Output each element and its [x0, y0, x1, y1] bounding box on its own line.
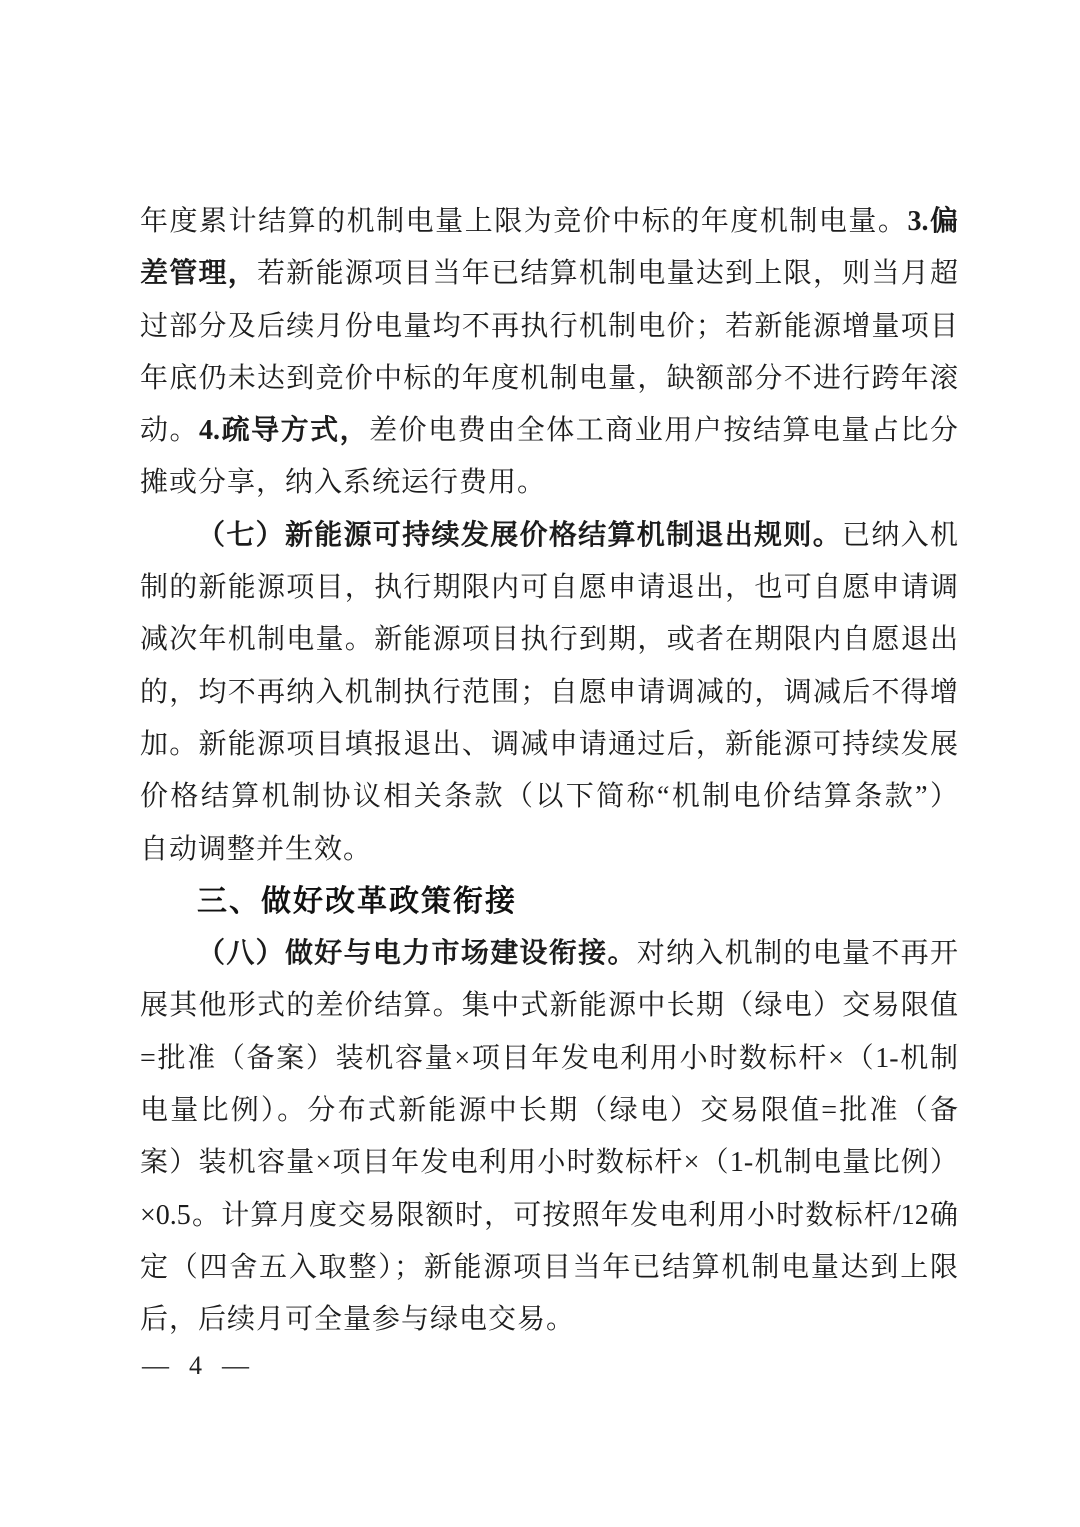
text-line: 展其他形式的差价结算。集中式新能源中长期（绿电）交易限值 — [140, 980, 958, 1032]
bold-text-run: 三、做好改革政策衔接 — [197, 885, 517, 918]
text-line: 自动调整并生效。 — [140, 824, 958, 876]
text-line: 过部分及后续月份电量均不再执行机制电价；若新能源增量项目 — [140, 301, 958, 353]
text-run: 摊或分享，纳入系统运行费用。 — [140, 467, 546, 498]
text-run: 定（四舍五入取整）；新能源项目当年已结算机制电量达到上限 — [140, 1252, 958, 1283]
text-line: 差管理，若新能源项目当年已结算机制电量达到上限，则当月超 — [140, 248, 958, 300]
text-run: 制的新能源项目，执行期限内可自愿申请退出，也可自愿申请调 — [140, 572, 958, 603]
text-run: =批准（备案）装机容量×项目年发电利用小时数标杆×（1-机制 — [140, 1043, 958, 1074]
text-line: 年底仍未达到竞价中标的年度机制电量，缺额部分不进行跨年滚 — [140, 353, 958, 405]
page-number: 4 — [189, 1350, 202, 1382]
text-line: ×0.5。计算月度交易限额时，可按照年发电利用小时数标杆/12确 — [140, 1190, 958, 1242]
text-run: 展其他形式的差价结算。集中式新能源中长期（绿电）交易限值 — [140, 990, 958, 1021]
document-page: 年度累计结算的机制电量上限为竞价中标的年度机制电量。3.偏差管理，若新能源项目当… — [0, 0, 1080, 1527]
text-line: 电量比例）。分布式新能源中长期（绿电）交易限值=批准（备 — [140, 1085, 958, 1137]
text-line: 摊或分享，纳入系统运行费用。 — [140, 457, 958, 509]
text-run: 电量比例）。分布式新能源中长期（绿电）交易限值=批准（备 — [140, 1095, 958, 1126]
text-line: （八）做好与电力市场建设衔接。对纳入机制的电量不再开 — [140, 928, 958, 980]
bold-text-run: 3.偏 — [907, 206, 958, 237]
text-run: ×0.5。计算月度交易限额时，可按照年发电利用小时数标杆/12确 — [140, 1200, 958, 1231]
text-run: 加。新能源项目填报退出、调减申请通过后，新能源可持续发展 — [140, 729, 958, 760]
text-run: 差价电费由全体工商业用户按结算电量占比分 — [369, 415, 958, 446]
text-run: 自动调整并生效。 — [140, 834, 372, 865]
bold-text-run: 差管理， — [140, 258, 257, 289]
section-heading: 三、做好改革政策衔接 — [140, 876, 958, 928]
text-line: 年度累计结算的机制电量上限为竞价中标的年度机制电量。3.偏 — [140, 196, 958, 248]
text-line: =批准（备案）装机容量×项目年发电利用小时数标杆×（1-机制 — [140, 1033, 958, 1085]
text-run: 若新能源项目当年已结算机制电量达到上限，则当月超 — [257, 258, 958, 289]
text-line: 制的新能源项目，执行期限内可自愿申请退出，也可自愿申请调 — [140, 562, 958, 614]
text-line: 的，均不再纳入机制执行范围；自愿申请调减的，调减后不得增 — [140, 667, 958, 719]
text-run: 案）装机容量×项目年发电利用小时数标杆×（1-机制电量比例） — [140, 1147, 958, 1178]
footer-dash-right: — — [222, 1350, 249, 1380]
text-run: 价格结算机制协议相关条款（以下简称“机制电价结算条款”） — [140, 781, 958, 812]
text-run: 对纳入机制的电量不再开 — [637, 938, 958, 969]
text-line: （七）新能源可持续发展价格结算机制退出规则。已纳入机 — [140, 510, 958, 562]
text-line: 案）装机容量×项目年发电利用小时数标杆×（1-机制电量比例） — [140, 1137, 958, 1189]
page-footer: —4— — [142, 1349, 249, 1382]
document-body: 年度累计结算的机制电量上限为竞价中标的年度机制电量。3.偏差管理，若新能源项目当… — [140, 196, 958, 1347]
text-run: 的，均不再纳入机制执行范围；自愿申请调减的，调减后不得增 — [140, 677, 958, 708]
text-run: 年底仍未达到竞价中标的年度机制电量，缺额部分不进行跨年滚 — [140, 363, 958, 394]
bold-text-run: （七）新能源可持续发展价格结算机制退出规则。 — [197, 520, 842, 551]
bold-text-run: 4.疏导方式， — [199, 415, 369, 446]
text-run: 后，后续月可全量参与绿电交易。 — [140, 1304, 575, 1335]
footer-dash-left: — — [142, 1350, 169, 1380]
text-line: 后，后续月可全量参与绿电交易。 — [140, 1294, 958, 1346]
text-run: 减次年机制电量。新能源项目执行到期，或者在期限内自愿退出 — [140, 624, 958, 655]
text-run: 已纳入机 — [842, 520, 958, 551]
text-run: 过部分及后续月份电量均不再执行机制电价；若新能源增量项目 — [140, 311, 958, 342]
bold-text-run: （八）做好与电力市场建设衔接。 — [197, 938, 637, 969]
text-line: 动。4.疏导方式，差价电费由全体工商业用户按结算电量占比分 — [140, 405, 958, 457]
text-line: 定（四舍五入取整）；新能源项目当年已结算机制电量达到上限 — [140, 1242, 958, 1294]
text-run: 动。 — [140, 415, 199, 446]
text-run: 年度累计结算的机制电量上限为竞价中标的年度机制电量。 — [140, 206, 907, 237]
text-line: 加。新能源项目填报退出、调减申请通过后，新能源可持续发展 — [140, 719, 958, 771]
text-line: 价格结算机制协议相关条款（以下简称“机制电价结算条款”） — [140, 771, 958, 823]
text-line: 减次年机制电量。新能源项目执行到期，或者在期限内自愿退出 — [140, 614, 958, 666]
